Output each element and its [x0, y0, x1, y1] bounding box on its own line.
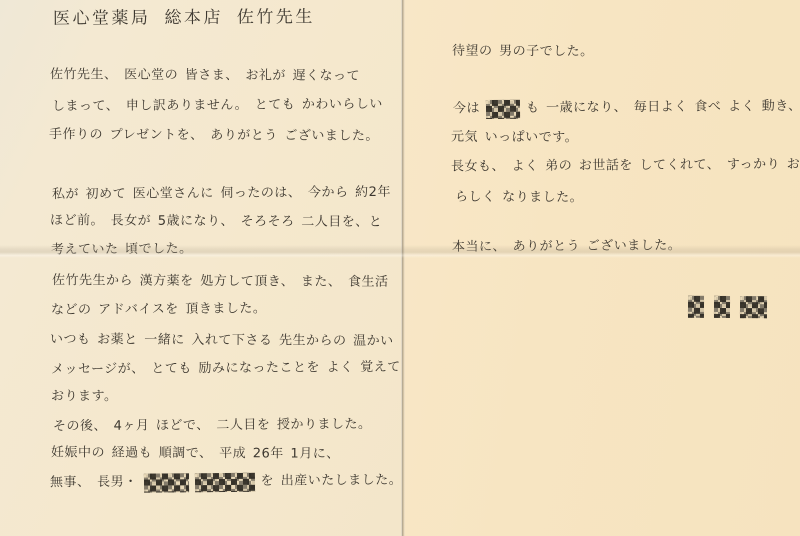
letter-line-birth: 無事、 長男・ を 出産いたしました。 — [50, 471, 402, 493]
name-line-suffix: も 一歳になり、 毎日よく 食べ よく 動き、 — [526, 97, 800, 119]
letter-line: 待望の 男の子でした。 — [452, 42, 594, 63]
letter-line: いつも お薬と 一緒に 入れて下さる 先生からの 温かい — [50, 330, 394, 352]
letter-line: その後、 4ヶ月 ほどで、 二人目を 授かりました。 — [53, 415, 372, 437]
letter-line: 私が 初めて 医心堂さんに 伺ったのは、 今から 約2年 — [52, 183, 391, 205]
letter-line: しまって、 申し訳ありません。 とても かわいらしい — [52, 95, 383, 117]
letter-line: らしく なりました。 — [455, 188, 583, 209]
redacted-signature-mosaic — [740, 296, 767, 318]
page-seam — [401, 0, 405, 536]
birth-line-prefix: 無事、 長男・ — [50, 473, 138, 494]
redacted-signature — [688, 296, 767, 318]
letter-line: などの アドバイスを 頂きました。 — [51, 299, 267, 321]
recipient-title: 医心堂薬局 総本店 佐竹先生 — [53, 7, 315, 29]
redacted-signature-mosaic — [688, 296, 704, 318]
letter-line: 長女も、 よく 弟の お世話を してくれて、 すっかり お姉ちゃん — [451, 155, 800, 178]
letter-line: おります。 — [51, 387, 118, 407]
name-line-prefix: 今は — [453, 99, 480, 119]
letter-page-left: 医心堂薬局 総本店 佐竹先生 佐竹先生、 医心堂の 皆さま、 お礼が 遅くなって… — [0, 0, 403, 536]
letter-page-right — [403, 0, 800, 536]
redacted-baby-name-mosaic — [195, 472, 255, 491]
letter-line: 妊娠中の 経過も 順調で、 平成 26年 1月に、 — [51, 443, 340, 465]
letter-line-name: 今は も 一歳になり、 毎日よく 食べ よく 動き、 — [453, 97, 800, 119]
letter-line: 手作りの プレゼントを、 ありがとう ございました。 — [49, 125, 379, 147]
letter-line: 元気 いっぱいです。 — [451, 128, 578, 149]
birth-line-suffix: を 出産いたしました。 — [261, 471, 403, 492]
letter-line: 佐竹先生から 漢方薬を 処方して頂き、 また、 食生活 — [52, 271, 389, 293]
redacted-baby-name-mosaic — [144, 473, 189, 492]
letter-line: 考えていた 頃でした。 — [51, 240, 193, 261]
letter-line: ほど前。 長女が 5歳になり、 そろそろ 二人目を、と — [50, 211, 382, 233]
scanned-letter: 医心堂薬局 総本店 佐竹先生 佐竹先生、 医心堂の 皆さま、 お礼が 遅くなって… — [0, 0, 800, 536]
redacted-baby-name-mosaic — [486, 99, 520, 118]
redacted-signature-mosaic — [714, 296, 730, 318]
letter-line: メッセージが、 とても 励みになったことを よく 覚えて — [51, 358, 401, 380]
letter-line: 佐竹先生、 医心堂の 皆さま、 お礼が 遅くなって — [50, 65, 360, 87]
letter-line: 本当に、 ありがとう ございました。 — [452, 236, 681, 258]
